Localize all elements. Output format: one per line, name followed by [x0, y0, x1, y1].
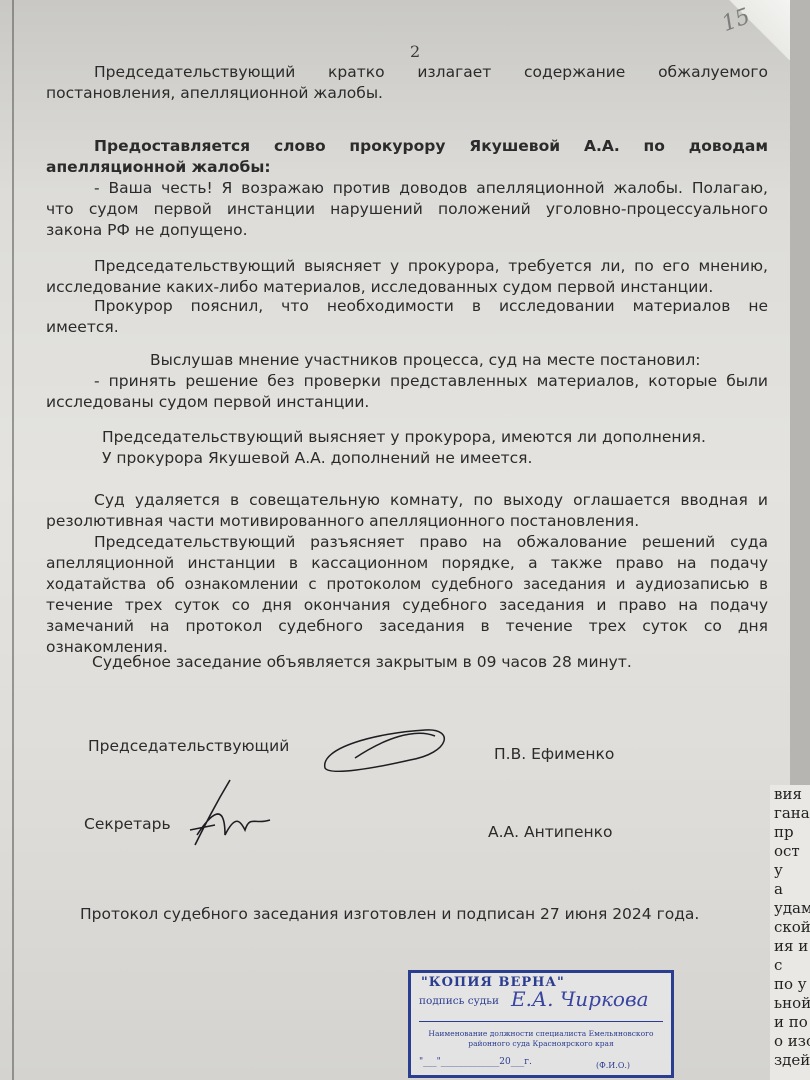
document-page: 15 2 Председательствующий кратко излагае… [0, 0, 790, 1080]
paragraph-additions: Председательствующий выясняет у прокурор… [46, 427, 768, 469]
paragraph-prosecutor-answer: Прокурор пояснил, что необходимости в ис… [46, 296, 768, 338]
presiding-label: Председательствующий [88, 737, 289, 755]
underlying-page: вия гана пр ост у а удам ской ия и с по … [770, 785, 810, 1080]
stamp-fio: (Ф.И.О.) [596, 1061, 630, 1070]
presiding-signature [315, 718, 455, 778]
secretary-signature [185, 775, 275, 850]
paragraph-decision: - принять решение без проверки представл… [46, 371, 768, 413]
stamp-rule [419, 1021, 663, 1022]
presiding-name: П.В. Ефименко [494, 745, 614, 763]
protocol-footer: Протокол судебного заседания изготовлен … [80, 904, 740, 925]
paragraph-session-closed: Судебное заседание объявляется закрытым … [46, 652, 768, 673]
paragraph-summary: Председательствующий кратко излагает сод… [46, 62, 768, 104]
paragraph-deliberation: Суд удаляется в совещательную комнату, п… [46, 490, 768, 532]
copy-certified-stamp: "КОПИЯ ВЕРНА" подпись судьи Е.А. Чиркова… [408, 970, 674, 1078]
page-number: 2 [410, 42, 420, 61]
stamp-position: Наименование должности специалиста Емель… [419, 1029, 663, 1049]
paragraph-prosecutor-statement: - Ваша честь! Я возражаю против доводов … [46, 178, 768, 241]
stamp-date: "___"_____________20___г. [419, 1057, 532, 1067]
paragraph-prosecutor-floor: Предоставляется слово прокурору Якушевой… [46, 136, 768, 178]
secretary-name: А.А. Антипенко [488, 823, 612, 841]
paragraph-appeal-rights: Председательствующий разъясняет право на… [46, 532, 768, 658]
stamp-handwritten-name: Е.А. Чиркова [511, 987, 649, 1011]
secretary-label: Секретарь [84, 815, 171, 833]
paragraph-court-ruling: Выслушав мнение участников процесса, суд… [46, 350, 768, 371]
paragraph-materials-question: Председательствующий выясняет у прокурор… [46, 256, 768, 298]
stamp-sign-label: подпись судьи [419, 995, 499, 1007]
